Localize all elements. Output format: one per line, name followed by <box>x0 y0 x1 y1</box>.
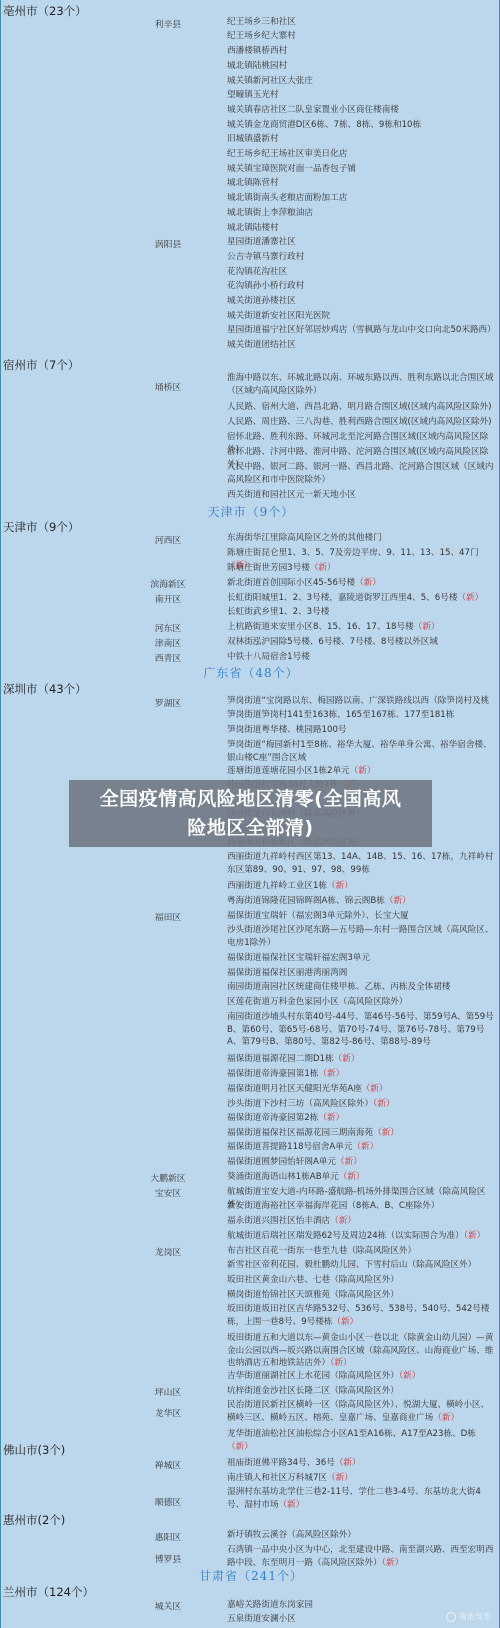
province-heading: 天津市（9个） <box>1 503 500 520</box>
new-badge: （新） <box>330 1216 356 1226</box>
watermark-text: 南治发布 <box>459 1611 491 1622</box>
risk-area-text: 笋岗街道“梅园新村1至8栋、裕华大厦、裕华单身公寓、裕华宿舍楼、银山楼C座”围合… <box>227 740 492 763</box>
risk-area-text: 莲塘街道莲塘花园小区1栋2单元 <box>227 766 350 776</box>
district-label: 滨海新区 <box>135 577 201 590</box>
risk-area-text: 新雪社区帝利花园、毅杜鹏幼儿园、下雪村后山（除高风险区外） <box>227 1260 476 1270</box>
risk-area-item: 城关镇宝璋医院对面一品香包子铺 <box>227 163 497 176</box>
new-badge: （新） <box>336 1157 362 1167</box>
risk-area-item: 航城街道后瑞社区瑞发路62号及周边24栋（以实际围合为准）（新） <box>227 1230 497 1243</box>
risk-area-text: 花沟镇孙小桥行政村 <box>227 281 304 291</box>
risk-area-item: 福保街道福保社区丽港湾丽湾阁 <box>227 967 497 980</box>
risk-area-text: 横岗街道怡锦社区天颂雅苑（除高风险区外） <box>227 1290 399 1300</box>
risk-area-text: 嘉峪关路街道东岗家园 <box>227 1600 313 1610</box>
risk-area-text: 福保街道福源花园二期D1栋 <box>227 1054 334 1064</box>
risk-area-item: 长虹街武乡里1、2、3号楼 <box>227 606 497 619</box>
new-badge: （新） <box>399 1371 420 1381</box>
risk-area-item: 城关街道孙楼社区 <box>227 295 497 308</box>
risk-area-item: 福永街道兴围社区怡丰酒店（新） <box>227 1215 497 1228</box>
new-badge: （新） <box>330 1358 351 1368</box>
risk-area-text: 纪王场乡纪王场社区审美日化店 <box>227 149 347 159</box>
district-label: 罗湖区 <box>135 696 201 709</box>
risk-area-item: 城关街道团结社区 <box>227 339 497 352</box>
district-label: 大鹏新区 <box>135 1171 201 1184</box>
risk-area-item: 葵涌街道海语山林1栋AB单元（新） <box>227 1171 497 1184</box>
risk-area-item: 新安街道海裕社区幸福海岸花园（8栋A、B、C座除外） <box>227 1200 497 1213</box>
watermark: 南治发布 <box>446 1611 491 1622</box>
risk-area-item: 望疃镇玉光村 <box>227 89 497 102</box>
risk-area-text: 城北镇陆桃园村 <box>227 61 287 71</box>
risk-area-item: 城关镇新河社区大张庄 <box>227 75 497 88</box>
risk-area-text: 笋岗街道笋岗村141至163栋、165至167栋、177至181栋 <box>227 710 454 720</box>
risk-area-text: 纪王场乡纪大寨村 <box>227 31 296 41</box>
title-overlay-banner: 全国疫情高风险地区清零(全国高风 险地区全部清) <box>69 780 432 847</box>
new-badge: （新） <box>318 1113 344 1123</box>
risk-area-item: 福保街道明月社区天健阳光华苑A座（新） <box>227 1083 497 1096</box>
district-label: 博罗县 <box>135 1552 201 1565</box>
risk-area-text: 星园街道福宁社区好邻居炒鸡店（雪枫路与龙山中交口向北50米路西） <box>227 325 496 335</box>
new-badge: （新） <box>339 1172 365 1182</box>
risk-area-item: 坂田社区黄金山六巷、七巷（除高风险区外） <box>227 1274 497 1287</box>
city-heading: 惠州市(2个) <box>3 1512 65 1528</box>
risk-area-text: 湿洲村东基坊北学仕三巷2-11号、学仕二巷3-4号、东基坊北大街4号、湿村市场 <box>227 1487 481 1510</box>
risk-area-text: 城关街道新安社区阳光医院 <box>227 311 330 321</box>
new-badge: （新） <box>382 1558 403 1568</box>
risk-area-text: 城关镇宝璋医院对面一品香包子铺 <box>227 164 356 174</box>
risk-area-text: 笋岗街道粤华楼、桃园路100号 <box>227 725 347 735</box>
city-heading: 兰州市（124个） <box>3 1584 94 1600</box>
risk-area-item: 城北镇街上李萍粮油店 <box>227 207 497 220</box>
new-badge: （新） <box>464 1231 485 1241</box>
risk-area-item: 吉华街道丽湖社区上水花园（除高风险区外）（新） <box>227 1370 497 1383</box>
risk-area-text: 沙头街道沙尾社区沙尾东路—五号路—东村一路围合区域（高风险区、电房1除外） <box>227 925 493 948</box>
risk-area-text: 中铁十八局宿舍1号楼 <box>227 652 310 662</box>
risk-area-item: 城北镇陆楼村 <box>227 222 497 235</box>
risk-area-text: 沙头街道下沙村三坊（高风险区除外） <box>227 1099 373 1109</box>
new-badge: （新） <box>334 1054 360 1064</box>
risk-area-text: 粤海街道锦隆花园锦晖阁A栋、锦云阁B栋 <box>227 896 385 906</box>
risk-area-text: 福保街道福保社区福源花园三期南海苑 <box>227 1128 373 1138</box>
risk-area-item: 坂田街道五和大道以东—黄金山小区一巷以北（除黄金山幼儿园）—黄金山公园以西—坂兴… <box>227 1332 497 1370</box>
risk-area-item: 陈塘庄街世芳园3号楼（新） <box>227 562 497 575</box>
risk-area-item: 民治街道民新社区横岭一区（除高风险区外）、悦湖大厦、横岭小区、横岭三区、横岭五区… <box>227 1399 497 1424</box>
risk-area-item: 福保街道福源花园二期D1栋（新） <box>227 1053 497 1066</box>
risk-area-item: 笋岗街道粤华楼、桃园路100号 <box>227 724 497 737</box>
risk-area-item: 坑梓街道金沙社区长隆二区（除高风险区外） <box>227 1385 497 1398</box>
risk-area-text: 望疃镇玉光村 <box>227 90 279 100</box>
risk-area-item: 布吉社区百花一街东一巷至九巷（除高风险区外） <box>227 1245 497 1258</box>
risk-area-item: 龙华街道油松社区油松综合小区A1至A16栋、A17至A23栋、D栋（新） <box>227 1428 497 1453</box>
risk-area-text: 旧城镇盛新村 <box>227 134 279 144</box>
province-heading: 广东省（48个） <box>1 664 500 681</box>
risk-area-text: 陈塘庄街昆仑里1、3、5、7及旁边平房、9、11、13、15、47门 <box>227 548 479 558</box>
city-heading: 深圳市（43个） <box>3 681 87 697</box>
risk-area-item: 南园街道沙埔头村东第40号-44号、第46号-56号、第59号A、第59号B、第… <box>227 1011 497 1049</box>
district-label: 宝安区 <box>135 1186 201 1199</box>
new-badge: （新） <box>414 622 440 632</box>
risk-area-item: 沙头街道下沙村三坊（高风险区除外）（新） <box>227 1098 497 1111</box>
risk-area-text: 龙华街道油松社区油松综合小区A1至A16栋、A17至A23栋、D栋 <box>227 1429 476 1439</box>
district-label: 顺德区 <box>135 1495 201 1508</box>
risk-area-item: 笋岗街道“宝岗路以东、梅园路以南、广深铁路线以西（除笋岗村及桃 <box>227 695 497 708</box>
new-badge: （新） <box>327 1473 353 1483</box>
risk-area-item: 南园街道南园社区统建商住楼甲栋、乙栋、丙栋及全体裙楼 <box>227 981 497 994</box>
risk-area-item: 人民路、宿州大道、西昌北路、明月路合围区域(区域内高风险区除外) <box>227 401 497 414</box>
new-badge: （新） <box>310 563 336 573</box>
risk-area-item: 长虹街阳城里1、2、3号楼，嘉陵道街罗江西里4、5、6号楼（新） <box>227 592 497 605</box>
city-heading: 宿州市（7个） <box>3 357 79 373</box>
risk-area-text: 南园街道南园社区统建商住楼甲栋、乙栋、丙栋及全体裙楼 <box>227 982 450 992</box>
risk-area-text: 双林街泓沪园除5号楼、6号楼、7号楼、8号楼以外区域 <box>227 637 438 647</box>
risk-area-text: 葵涌街道海语山林1栋AB单元 <box>227 1172 339 1182</box>
new-badge: （新） <box>227 1442 253 1452</box>
district-label: 津南区 <box>135 636 201 649</box>
risk-area-item: 坂田街道坂田社区吉华路532号、536号、538号、540号、542号楼栋，上围… <box>227 1303 497 1328</box>
risk-area-item: 新圩镇牧云溪谷（高风险区除外） <box>227 1529 497 1542</box>
risk-area-text: 花沟镇花沟社区 <box>227 267 287 277</box>
district-label: 埇桥区 <box>135 380 201 393</box>
risk-area-text: 星园街道潘寨社区 <box>227 237 296 247</box>
risk-area-text: 城北镇街上李萍粮油店 <box>227 208 313 218</box>
risk-area-item: 花沟镇孙小桥行政村 <box>227 280 497 293</box>
risk-area-text: 坑梓街道金沙社区长隆二区（除高风险区外） <box>227 1386 399 1396</box>
risk-area-text: 上杭路街道来安里小区8、15、16、17、18号楼 <box>227 622 414 632</box>
risk-area-text: 城北镇陆楼村 <box>227 223 279 233</box>
new-badge: （新） <box>352 1142 378 1152</box>
risk-area-item: 中铁十八局宿舍1号楼 <box>227 651 497 664</box>
new-badge: （新） <box>457 593 483 603</box>
risk-area-item: 西关街道和园社区元一新天地小区 <box>227 489 497 502</box>
risk-area-text: 布吉社区百花一街东一巷至九巷（除高风险区外） <box>227 1246 416 1256</box>
risk-area-text: 福保街道帝涛豪园第1栋 <box>227 1069 318 1079</box>
district-label: 河东区 <box>135 621 201 634</box>
risk-area-text: 公吉寺镇马寨行政村 <box>227 252 304 262</box>
risk-area-item: 花沟镇花沟社区 <box>227 266 497 279</box>
district-label: 利辛县 <box>135 17 201 30</box>
risk-area-text: 人民路、周庄路、三八沟巷、胜利西路合围区域(区域内高风险区除外) <box>227 417 492 427</box>
new-badge: （新） <box>318 1069 344 1079</box>
new-badge: （新） <box>373 1099 394 1109</box>
risk-area-text: 区莲花街道万科金色家园小区（高风险区除外） <box>227 997 407 1007</box>
city-heading: 天津市（9个） <box>3 519 79 535</box>
new-badge: （新） <box>335 1458 361 1468</box>
risk-area-text: 纪王场乡三和社区 <box>227 17 296 27</box>
risk-area-text: 福保街道帝涛豪园第2栋 <box>227 1113 318 1123</box>
risk-area-text: 陈塘庄街世芳园3号楼 <box>227 563 310 573</box>
risk-area-item: 旧城镇盛新村 <box>227 133 497 146</box>
new-badge: （新） <box>327 881 353 891</box>
risk-area-item: 粤海街道锦隆花园锦晖阁A栋、锦云阁B栋（新） <box>227 895 497 908</box>
risk-area-text: 福保街道囿梦园怡轩阁A单元 <box>227 1157 336 1167</box>
risk-area-text: 南庄镇人和社区万科城7区 <box>227 1473 327 1483</box>
risk-area-item: 星园街道福宁社区好邻居炒鸡店（雪枫路与龙山中交口向北50米路西） <box>227 324 497 337</box>
district-label: 南开区 <box>135 592 201 605</box>
new-badge: （新） <box>279 1500 305 1510</box>
risk-area-text: 福保街道福保社区宝瑞轩福宏阁3单元 <box>227 953 370 963</box>
risk-area-text: 福保街道福保社区丽港湾丽湾阁 <box>227 968 347 978</box>
risk-area-text: 新北街道首创国际小区45-56号楼 <box>227 578 355 588</box>
new-badge: （新） <box>433 1413 459 1423</box>
risk-area-text: 长虹街阳城里1、2、3号楼，嘉陵道街罗江西里4、5、6号楼 <box>227 593 457 603</box>
risk-area-item: 人民中路、银河二路、银河一路、西昌北路、沱河路合围区域（区域内高风险区和市中医院… <box>227 461 497 486</box>
risk-area-item: 嘉峪关路街道东岗家园 <box>227 1599 497 1612</box>
district-label: 河西区 <box>135 533 201 546</box>
risk-area-item: 湿洲村东基坊北学仕三巷2-11号、学仕二巷3-4号、东基坊北大街4号、湿村市场（… <box>227 1486 497 1511</box>
district-label: 惠阳区 <box>135 1530 201 1543</box>
risk-area-text: 笋岗街道“宝岗路以东、梅园路以南、广深铁路线以西（除笋岗村及桃 <box>227 696 489 706</box>
risk-area-text: 五泉街道安澜小区 <box>227 1614 296 1624</box>
risk-area-text: 东海街华江里除高风险区之外的其他楼门 <box>227 533 382 543</box>
district-label: 龙岗区 <box>135 1245 201 1258</box>
risk-area-item: 星园街道潘寨社区 <box>227 236 497 249</box>
risk-area-text: 淮海中路以东、环城北路以南、环城东路以西、胜利东路以北合围区域（区域内高风险区除… <box>227 373 493 396</box>
new-badge: （新） <box>385 896 411 906</box>
risk-area-item: 双林街泓沪园除5号楼、6号楼、7号楼、8号楼以外区域 <box>227 636 497 649</box>
risk-area-text: 新安街道海裕社区幸福海岸花园（8栋A、B、C座除外） <box>227 1201 439 1211</box>
risk-area-item: 纪王场乡纪王场社区审美日化店 <box>227 148 497 161</box>
overlay-title-line2: 险地区全部清) <box>69 814 432 843</box>
risk-area-text: 石湾镇一品中央小区为中心，北至建设中路、南至湖兴路、西至宏明西路中段、东至明月一… <box>227 1545 493 1568</box>
new-badge: （新） <box>350 766 376 776</box>
risk-area-item: 新雪社区帝利花园、毅杜鹏幼儿园、下雪村后山（除高风险区外） <box>227 1259 497 1272</box>
new-badge: （新） <box>332 1317 358 1327</box>
district-label: 禅城区 <box>135 1458 201 1471</box>
new-badge: （新） <box>362 1084 388 1094</box>
risk-area-item: 福保街道宝瑞轩（福宏阁3单元除外）、长宝大厦 <box>227 910 497 923</box>
district-label: 城关区 <box>135 1599 201 1612</box>
risk-area-item: 祖庙街道佛平路34号、36号（新） <box>227 1457 497 1470</box>
risk-area-text: 西潘楼镇桥西村 <box>227 46 287 56</box>
risk-area-text: 新圩镇牧云溪谷（高风险区除外） <box>227 1530 356 1540</box>
district-label: 坪山区 <box>135 1385 201 1398</box>
risk-area-item: 西丽街道九祥岭村西区第13、14A、14B、15、16、17栋，九祥岭村东区第8… <box>227 851 497 876</box>
risk-area-item: 纪王场乡三和社区 <box>227 16 497 29</box>
risk-area-text: 西关街道和园社区元一新天地小区 <box>227 490 356 500</box>
risk-area-item: 人民路、周庄路、三八沟巷、胜利西路合围区域(区域内高风险区除外) <box>227 416 497 429</box>
province-heading: 甘肃省（241个） <box>1 1567 500 1584</box>
risk-area-item: 区莲花街道万科金色家园小区（高风险区除外） <box>227 996 497 1009</box>
risk-area-text: 祖庙街道佛平路34号、36号 <box>227 1458 335 1468</box>
risk-area-item: 城北镇陈营村 <box>227 177 497 190</box>
risk-area-text: 福保街道宝瑞轩（福宏阁3单元除外）、长宝大厦 <box>227 911 409 921</box>
district-label: 西青区 <box>135 651 201 664</box>
risk-area-item: 西丽街道九祥岭工业区1栋（新） <box>227 880 497 893</box>
risk-area-text: 城关镇新河社区大张庄 <box>227 76 313 86</box>
risk-area-item: 城北镇陆桃园村 <box>227 60 497 73</box>
risk-area-text: 西丽街道九祥岭工业区1栋 <box>227 881 327 891</box>
risk-area-text: 长虹街武乡里1、2、3号楼 <box>227 607 329 617</box>
risk-area-text: 城关街道孙楼社区 <box>227 296 296 306</box>
risk-area-item: 东海街华江里除高风险区之外的其他楼门 <box>227 532 497 545</box>
risk-area-item: 横岗街道怡锦社区天颂雅苑（除高风险区外） <box>227 1289 497 1302</box>
risk-area-text: 西丽街道九祥岭村西区第13、14A、14B、15、16、17栋，九祥岭村东区第8… <box>227 852 493 875</box>
district-label: 涡阳县 <box>135 237 201 250</box>
risk-area-item: 纪王场乡纪大寨村 <box>227 30 497 43</box>
document-page: 亳州市（23个）利辛县纪王场乡三和社区纪王场乡纪大寨村西潘楼镇桥西村城北镇陆桃园… <box>0 0 500 1628</box>
new-badge: （新） <box>373 1128 399 1138</box>
risk-area-text: 航城街道后瑞社区瑞发路62号及周边24栋（以实际围合为准） <box>227 1231 464 1241</box>
watermark-logo-icon <box>446 1612 456 1622</box>
risk-area-item: 笋岗街道笋岗村141至163栋、165至167栋、177至181栋 <box>227 709 497 722</box>
risk-area-item: 西潘楼镇桥西村 <box>227 45 497 58</box>
risk-area-item: 福保街道福保社区福源花园三期南海苑（新） <box>227 1127 497 1140</box>
risk-area-item: 石湾镇一品中央小区为中心，北至建设中路、南至湖兴路、西至宏明西路中段、东至明月一… <box>227 1544 497 1569</box>
risk-area-item: 上杭路街道来安里小区8、15、16、17、18号楼（新） <box>227 621 497 634</box>
risk-area-text: 城关镇春店社区二队皇家置业小区商住楼南楼 <box>227 105 399 115</box>
city-heading: 亳州市（23个） <box>3 3 87 19</box>
risk-area-text: 坂田街道五和大道以东—黄金山小区一巷以北（除黄金山幼儿园）—黄金山公园以西—坂兴… <box>227 1333 493 1368</box>
risk-area-item: 笋岗街道“梅园新村1至8栋、裕华大厦、裕华单身公寓、裕华宿舍楼、银山楼C座”围合… <box>227 739 497 764</box>
risk-area-item: 城关镇春店社区二队皇家置业小区商住楼南楼 <box>227 104 497 117</box>
risk-area-text: 福保街道明月社区天健阳光华苑A座 <box>227 1084 362 1094</box>
risk-area-text: 坂田社区黄金山六巷、七巷（除高风险区外） <box>227 1275 399 1285</box>
risk-area-text: 城北镇陈营村 <box>227 178 279 188</box>
risk-area-item: 公吉寺镇马寨行政村 <box>227 251 497 264</box>
district-label: 福田区 <box>135 910 201 923</box>
risk-area-item: 淮海中路以东、环城北路以南、环城东路以西、胜利东路以北合围区域（区域内高风险区除… <box>227 372 497 397</box>
risk-area-item: 南庄镇人和社区万科城7区（新） <box>227 1472 497 1485</box>
risk-area-text: 南园街道沙埔头村东第40号-44号、第46号-56号、第59号A、第59号B、第… <box>227 1012 494 1047</box>
risk-area-item: 福保街道囿梦园怡轩阁A单元（新） <box>227 1156 497 1169</box>
risk-area-item: 新北街道首创国际小区45-56号楼（新） <box>227 577 497 590</box>
district-label: 龙华区 <box>135 1406 201 1419</box>
risk-area-text: 吉华街道丽湖社区上水花园（除高风险区外） <box>227 1371 399 1381</box>
risk-area-item: 沙头街道沙尾社区沙尾东路—五号路—东村一路围合区域（高风险区、电房1除外） <box>227 924 497 949</box>
new-badge: （新） <box>355 578 381 588</box>
overlay-title-line1: 全国疫情高风险地区清零(全国高风 <box>69 785 432 814</box>
risk-area-text: 城关镇金龙商贸港D区6栋、7栋、8栋、9栋和10栋 <box>227 120 421 130</box>
risk-area-item: 福保街道菩提路118号宿舍A单元（新） <box>227 1141 497 1154</box>
risk-area-item: 城北镇街南头老粮店面粉加工店 <box>227 192 497 205</box>
risk-area-item: 福保街道帝涛豪园第2栋（新） <box>227 1112 497 1125</box>
risk-area-item: 福保街道帝涛豪园第1栋（新） <box>227 1068 497 1081</box>
risk-area-text: 福保街道菩提路118号宿舍A单元 <box>227 1142 352 1152</box>
risk-area-item: 福保街道福保社区宝瑞轩福宏阁3单元 <box>227 952 497 965</box>
risk-area-item: 城关镇金龙商贸港D区6栋、7栋、8栋、9栋和10栋 <box>227 119 497 132</box>
risk-area-text: 人民中路、银河二路、银河一路、西昌北路、沱河路合围区域（区域内高风险区和市中医院… <box>227 462 493 485</box>
risk-area-text: 福永街道兴围社区怡丰酒店 <box>227 1216 330 1226</box>
city-heading: 佛山市(3个) <box>3 1442 65 1458</box>
risk-area-text: 人民路、宿州大道、西昌北路、明月路合围区域(区域内高风险区除外) <box>227 402 492 412</box>
risk-area-item: 莲塘街道莲塘花园小区1栋2单元（新） <box>227 765 497 778</box>
risk-area-text: 城关街道团结社区 <box>227 340 296 350</box>
risk-area-item: 城关街道新安社区阳光医院 <box>227 310 497 323</box>
risk-area-text: 城北镇街南头老粮店面粉加工店 <box>227 193 347 203</box>
